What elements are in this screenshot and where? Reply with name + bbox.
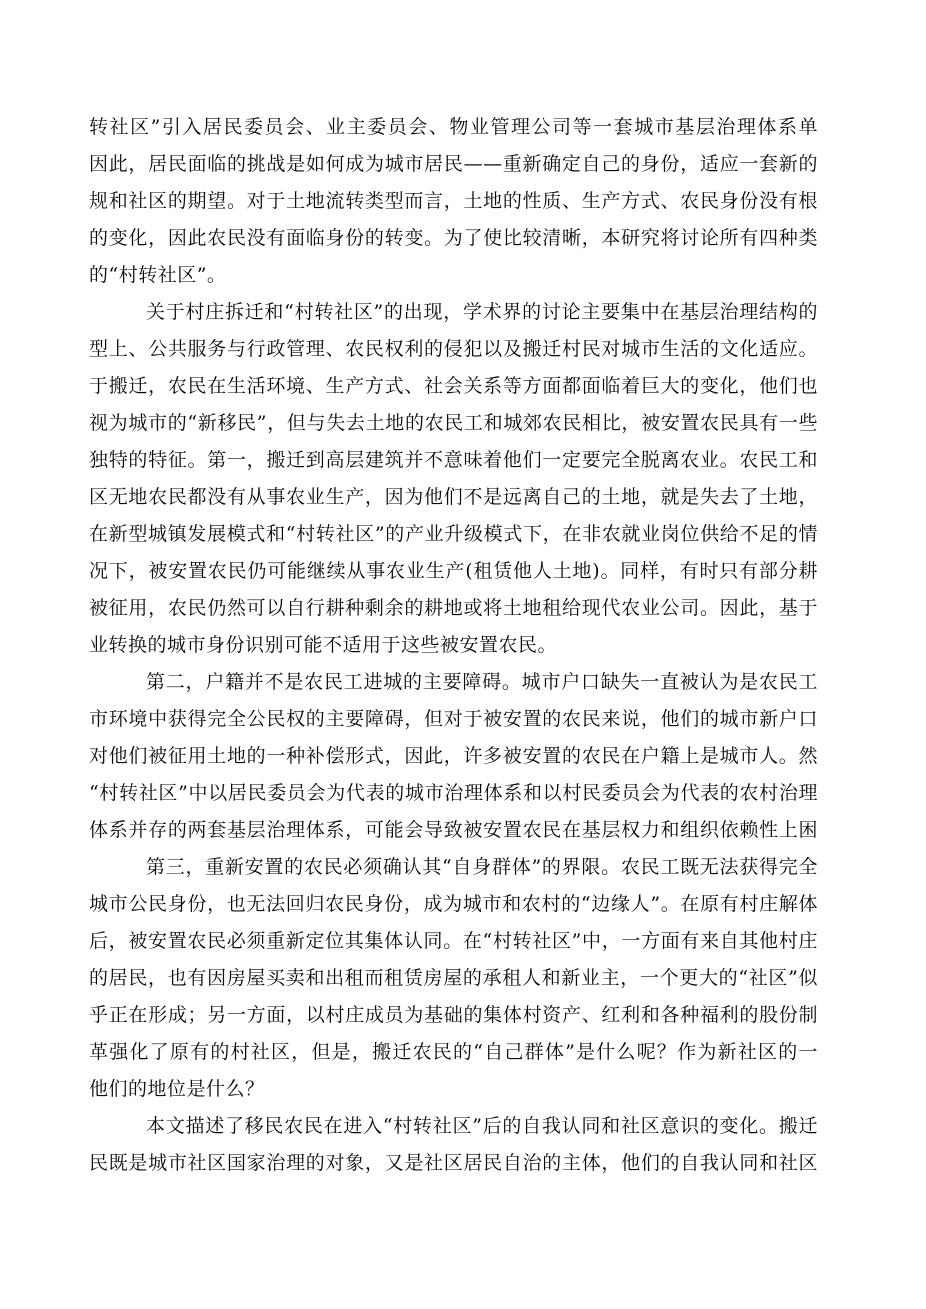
- paragraph-3: 第二，户籍并不是农民工进城的主要障碍。城市户口缺失一直被认为是农民工在城 市环境…: [89, 664, 818, 849]
- text-line: 于搬迁，农民在生活环境、生产方式、社会关系等方面都面临着巨大的变化，他们也被: [89, 368, 818, 405]
- text-line: 独特的特征。第一，搬迁到高层建筑并不意味着他们一定要完全脱离农业。农民工和郊: [89, 442, 818, 479]
- paragraph-5: 本文描述了移民农民在进入“村转社区”后的自我认同和社区意识的变化。搬迁农 民既是…: [89, 1108, 818, 1182]
- paragraph-4: 第三，重新安置的农民必须确认其“自身群体”的界限。农民工既无法获得完全的 城市公…: [89, 849, 818, 1108]
- paragraph-2: 关于村庄拆迁和“村转社区”的出现，学术界的讨论主要集中在基层治理结构的转 型上、…: [89, 294, 818, 664]
- document-page: 转社区”引入居民委员会、业主委员会、物业管理公司等一套城市基层治理体系单位。 因…: [0, 0, 926, 1309]
- text-line: 区无地农民都没有从事农业生产，因为他们不是远离自己的土地，就是失去了土地，但: [89, 479, 818, 516]
- text-line: 革强化了原有的村社区，但是，搬迁农民的“自己群体”是什么呢？作为新社区的一员，: [89, 1034, 818, 1071]
- text-line: 规和社区的期望。对于土地流转类型而言，土地的性质、生产方式、农民身份没有根本: [89, 183, 818, 220]
- text-line: 城市公民身份，也无法回归农民身份，成为城市和农村的“边缘人”。在原有村庄解体: [89, 886, 818, 923]
- text-line: 转社区”引入居民委员会、业主委员会、物业管理公司等一套城市基层治理体系单位。: [89, 109, 818, 146]
- text-line: 民既是城市社区国家治理的对象，又是社区居民自治的主体，他们的自我认同和社区意: [89, 1145, 818, 1182]
- text-line: 在新型城镇发展模式和“村转社区”的产业升级模式下，在非农就业岗位供给不足的情: [89, 516, 818, 553]
- text-line: 视为城市的“新移民”，但与失去土地的农民工和城郊农民相比，被安置农民具有一些: [89, 405, 818, 442]
- text-line: 后，被安置农民必须重新定位其集体认同。在“村转社区”中，一方面有来自其他村庄: [89, 923, 818, 960]
- document-body: 转社区”引入居民委员会、业主委员会、物业管理公司等一套城市基层治理体系单位。 因…: [89, 109, 818, 1182]
- text-line: 他们的地位是什么？: [89, 1071, 818, 1108]
- text-line: 体系并存的两套基层治理体系，可能会导致被安置农民在基层权力和组织依赖性上困惑。: [89, 812, 818, 849]
- text-line: 型上、公共服务与行政管理、农民权利的侵犯以及搬迁村民对城市生活的文化适应。由: [89, 331, 818, 368]
- text-line: 本文描述了移民农民在进入“村转社区”后的自我认同和社区意识的变化。搬迁农: [89, 1108, 818, 1145]
- text-line: 第三，重新安置的农民必须确认其“自身群体”的界限。农民工既无法获得完全的: [89, 849, 818, 886]
- text-line: 业转换的城市身份识别可能不适用于这些被安置农民。: [89, 627, 818, 664]
- text-line: 因此，居民面临的挑战是如何成为城市居民——重新确定自己的身份，适应一套新的法: [89, 146, 818, 183]
- text-line: 况下，被安置农民仍可能继续从事农业生产(租赁他人土地)。同样，有时只有部分耕地: [89, 553, 818, 590]
- text-line: 被征用，农民仍然可以自行耕种剩余的耕地或将土地租给现代农业公司。因此，基于职: [89, 590, 818, 627]
- text-line: 对他们被征用土地的一种补偿形式，因此，许多被安置的农民在户籍上是城市人。然而，: [89, 738, 818, 775]
- paragraph-1: 转社区”引入居民委员会、业主委员会、物业管理公司等一套城市基层治理体系单位。 因…: [89, 109, 818, 294]
- text-line: 的变化，因此农民没有面临身份的转变。为了使比较清晰，本研究将讨论所有四种类型: [89, 220, 818, 257]
- text-line: “村转社区”中以居民委员会为代表的城市治理体系和以村民委员会为代表的农村治理: [89, 775, 818, 812]
- text-line: 的“村转社区”。: [89, 257, 818, 294]
- text-line: 第二，户籍并不是农民工进城的主要障碍。城市户口缺失一直被认为是农民工在城: [89, 664, 818, 701]
- text-line: 关于村庄拆迁和“村转社区”的出现，学术界的讨论主要集中在基层治理结构的转: [89, 294, 818, 331]
- text-line: 的居民，也有因房屋买卖和出租而租赁房屋的承租人和新业主，一个更大的“社区”似: [89, 960, 818, 997]
- text-line: 乎正在形成；另一方面，以村庄成员为基础的集体村资产、红利和各种福利的股份制改: [89, 997, 818, 1034]
- text-line: 市环境中获得完全公民权的主要障碍，但对于被安置的农民来说，他们的城市新户口是: [89, 701, 818, 738]
